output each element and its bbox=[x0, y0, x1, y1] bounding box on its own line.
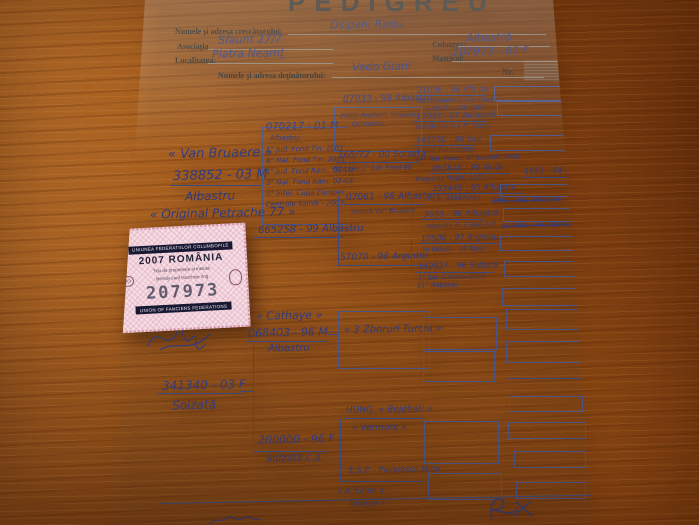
photo-of-pedigree-document: PEDIGREU Numele şi adresa crescătorului:… bbox=[0, 0, 699, 525]
connector-line bbox=[338, 265, 426, 266]
g3-a-note: 2000: Arnhem, Suwalki, bbox=[340, 110, 418, 120]
empty-slot bbox=[508, 422, 586, 439]
empty-slot bbox=[500, 236, 579, 251]
page-title: PEDIGREU bbox=[288, 0, 496, 18]
connector-line bbox=[414, 145, 474, 146]
pedigree-bracket bbox=[262, 127, 348, 225]
empty-slot bbox=[506, 341, 582, 363]
grandsire-line: 1° Jud. Fond Tin. 2001 bbox=[266, 144, 344, 154]
empty-slot bbox=[500, 184, 580, 197]
g4-c1-ring: 333448 - 95 Albastru bbox=[432, 182, 517, 193]
connector-line bbox=[170, 185, 262, 186]
g4-d2-note: 1° Jud. Gdansk 2000 bbox=[418, 272, 485, 281]
form-line bbox=[208, 63, 333, 64]
connector-line bbox=[246, 341, 328, 342]
connector-line bbox=[415, 95, 485, 96]
connector-line bbox=[416, 272, 493, 273]
grandsire2-ring: 068403 - 96 M bbox=[248, 325, 328, 340]
connector-line bbox=[414, 121, 488, 122]
g4-b1-note: 1° Jud. Fond 2000 bbox=[415, 145, 473, 154]
granddam-ring: 665258 - 99 Albastru bbox=[258, 223, 364, 236]
color-label: Culoarea: bbox=[432, 40, 466, 49]
g3-c-note: mamă Van Bruaere bbox=[352, 206, 415, 215]
empty-slot bbox=[506, 309, 582, 330]
connector-line bbox=[240, 391, 254, 392]
empty-slot bbox=[516, 482, 586, 499]
father-origin: « Original Petrache 77 » bbox=[150, 204, 296, 221]
connector-line bbox=[419, 243, 497, 244]
g3-d-ring: 57070 - 98 Argintiu bbox=[340, 251, 428, 263]
empty-slot bbox=[423, 317, 497, 350]
granddam2-ring: 200000 - 96 F bbox=[258, 432, 335, 447]
g4-b2-note: Eleganta NLWG 2121 — bbox=[416, 173, 494, 183]
g3-a-ring: 07033 - 98 Albastru bbox=[343, 93, 433, 105]
connector-line bbox=[422, 219, 484, 220]
connector-line bbox=[411, 91, 412, 124]
g3-b-ring: 165/72 - 00 Solzată bbox=[338, 149, 426, 161]
connector-line bbox=[253, 344, 254, 452]
g4-a1-ring: 21036 - 94 Alb pa. bbox=[417, 84, 491, 95]
connector-line bbox=[411, 191, 412, 225]
g3-f2-name2: « A. Lelan x bbox=[337, 486, 384, 496]
g4-c2-crossed-note: 50 ORIG. VAN GRAVE bbox=[502, 220, 571, 229]
father-color: Albastru bbox=[185, 188, 235, 203]
g4-b2-side: 1561 - 84 Gut bbox=[524, 165, 580, 175]
connector-line bbox=[508, 378, 582, 379]
form-line bbox=[458, 46, 550, 47]
paper-sheet-wrap: PEDIGREU Numele şi adresa crescătorului:… bbox=[0, 0, 699, 525]
g4-d2-ring: 149937 - 96 Solzată bbox=[418, 260, 499, 271]
connector-line bbox=[254, 237, 344, 238]
g4-b1-ring: 165750 - 98 Gut bbox=[416, 134, 482, 144]
empty-slot bbox=[490, 135, 576, 151]
ring-ownership-stamp: UNIUNEA FEDERATIILOR COLUMBOFILE 2007 RO… bbox=[113, 223, 250, 334]
mother-ring: 341340 - 03 F bbox=[162, 377, 246, 393]
holder-label: Numele şi adresa deţinătorului: bbox=[218, 71, 326, 80]
color-value: Albastră bbox=[466, 31, 512, 45]
empty-slot bbox=[494, 86, 580, 101]
stamp-ro-badge: RO bbox=[121, 276, 134, 288]
empty-slot bbox=[428, 473, 502, 500]
g4-c2-note: nepoata R. 3 358 175 bbox=[426, 220, 497, 229]
connector-line bbox=[411, 141, 412, 177]
pedigree-paper: PEDIGREU Numele şi adresa crescătorului:… bbox=[0, 0, 699, 525]
connector-line bbox=[340, 481, 424, 482]
connector-line bbox=[430, 173, 510, 174]
form-line bbox=[452, 61, 557, 62]
association-value: Sfaunt 27/7 bbox=[218, 32, 282, 46]
connector-line bbox=[430, 193, 524, 194]
connector-line bbox=[328, 334, 339, 335]
connector-line bbox=[158, 393, 242, 394]
connector-line bbox=[411, 240, 412, 272]
grandsire2-name: « Cathaye » bbox=[256, 308, 323, 322]
stamp-emblem-icon bbox=[229, 269, 243, 286]
pedigree-bracket bbox=[334, 107, 422, 152]
connector-line bbox=[344, 204, 424, 205]
g4-b1-note: 14° Nat. Fond ; 4° Suwalki 2000 bbox=[415, 153, 520, 163]
empty-slot bbox=[502, 288, 580, 306]
connector-line bbox=[344, 418, 424, 419]
ring-value: 207973 - 07 F bbox=[452, 44, 529, 59]
empty-slot bbox=[509, 396, 583, 412]
nr-label: Nr. bbox=[502, 67, 514, 77]
g3-f1-name2: « Vermote » bbox=[352, 422, 407, 433]
breeder-value: Dsipahi Radu bbox=[330, 17, 403, 32]
father-name: « Van Bruaere » bbox=[168, 145, 273, 162]
empty-slot bbox=[514, 451, 586, 468]
locality-label: Localitatea: bbox=[175, 56, 216, 65]
empty-slot bbox=[504, 261, 580, 277]
breeder-label: Numele şi adresa crescătorului: bbox=[175, 27, 282, 36]
connector-line bbox=[254, 451, 328, 452]
form-line bbox=[208, 49, 333, 50]
g4-a2-note: Van Bruaere x M. Rascu bbox=[415, 121, 493, 131]
locality-value: Piatra Neamţ bbox=[212, 46, 285, 61]
connector-line bbox=[338, 196, 339, 266]
grandsire2-color: Albastru bbox=[268, 343, 310, 355]
holder-value: Vado Giani bbox=[352, 59, 411, 73]
empty-slot bbox=[424, 421, 499, 464]
footer-rule bbox=[160, 493, 692, 504]
g3-e-box: « 3 Zboruri Turcia » bbox=[344, 323, 442, 336]
g3-f2-name3: Vereke » bbox=[350, 499, 385, 509]
grandsire-line: 8° Nat. Fond Tin. 2001 bbox=[266, 155, 345, 165]
connector-line bbox=[522, 177, 578, 178]
g4-b2-ring: 065616 - 99 Guţă bbox=[432, 162, 503, 172]
g3-c-ring: 07061 - 98 Albastru bbox=[346, 191, 436, 203]
empty-slot bbox=[503, 208, 579, 222]
footer-partial-writing bbox=[208, 514, 263, 525]
grandsire-line: Centrale Salnik - 2003 bbox=[266, 199, 344, 209]
father-ring: 338852 - 03 M bbox=[173, 167, 268, 184]
g4-a1-note: « FRAŢI » DE TATA bbox=[426, 103, 485, 112]
g3-f1-name: HUNG. « Bejghati » bbox=[346, 404, 433, 416]
g3-f2-name: E.S.P. - Pavelescu Miha bbox=[349, 464, 440, 475]
form-line bbox=[332, 77, 544, 78]
stamp-ring-number: 207973 bbox=[146, 280, 220, 304]
grandsire-line: Albastru bbox=[270, 134, 299, 143]
empty-slot bbox=[423, 351, 495, 382]
g4-c1-crossed-note: ORIG - VAN BRUAERE bbox=[492, 195, 562, 204]
granddam2-color: Solzată c.a. bbox=[266, 452, 324, 464]
g4-d2-note: 31° Naţional. bbox=[417, 281, 460, 290]
nr-blurred-block bbox=[524, 60, 606, 80]
g4-c2-ring: 3055 - 96 Albastră bbox=[424, 208, 498, 219]
form-line bbox=[288, 34, 546, 35]
grandsire-line: 5° Inter. Cupa Europei bbox=[266, 188, 344, 198]
g3-b-note: fiică Las 1° Jud. Fond 00 bbox=[333, 163, 412, 173]
pedigree-bracket bbox=[338, 311, 430, 369]
grandsire-line: 3° Nat. Fond Răm. 02-03 bbox=[266, 177, 353, 187]
g4-c1-note: Yu B. 33587/990 bbox=[427, 193, 481, 202]
association-label: Asociaţia bbox=[177, 42, 209, 51]
stamp-year-country: 2007 ROMÂNIA bbox=[138, 252, 223, 267]
g4-a1-note: Van Bruaere x Van Grebel bbox=[416, 95, 500, 105]
g4-d1-note: Yu 06522 - 95 Roşu bbox=[422, 244, 485, 253]
g4-a2-ring: 17033 - 97 Albastră bbox=[416, 110, 495, 121]
grandsire-ring: 070217 - 01 M bbox=[266, 120, 339, 133]
g4-d1-ring: 10500 - 97 Argintiu bbox=[421, 232, 499, 243]
connector-line bbox=[336, 162, 420, 163]
mother-color: Solzată bbox=[172, 398, 216, 413]
g3-a-note: Ostrowiec. bbox=[352, 120, 387, 129]
grandsire-line: 1° Jud. Fond Răm. '02-03 bbox=[266, 166, 354, 176]
ring-label: Matricol: bbox=[432, 54, 464, 63]
empty-slot bbox=[497, 101, 581, 116]
holder-signature bbox=[478, 492, 544, 525]
connector-line bbox=[340, 419, 341, 482]
